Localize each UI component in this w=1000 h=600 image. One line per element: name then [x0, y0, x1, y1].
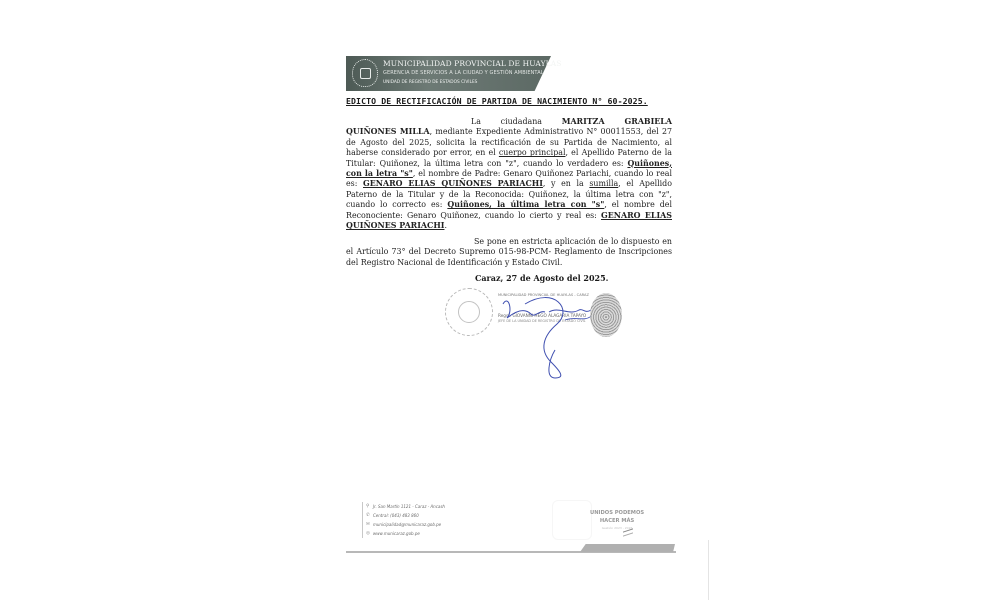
- text-run: .: [444, 221, 447, 230]
- fingerprint-icon: [590, 293, 622, 337]
- phone-text: Central: (043) 483 860: [373, 513, 419, 518]
- text-run: La ciudadana: [471, 117, 562, 126]
- contact-phone: ✆ Central: (043) 483 860: [366, 511, 445, 520]
- text-run: sumilla: [589, 179, 618, 188]
- web-icon: ◎: [366, 531, 371, 536]
- contact-email: ✉ municipalidad@municaraz.gob.pe: [366, 520, 445, 529]
- official-seal-icon: [445, 288, 493, 336]
- address-text: Jr. San Martín 1121 - Caraz - Ancash: [373, 504, 445, 509]
- footer-contacts: ⚲ Jr. San Martín 1121 - Caraz - Ancash ✆…: [362, 502, 445, 538]
- text-run: cuerpo principal: [499, 148, 566, 157]
- location-pin-icon: ⚲: [366, 504, 371, 509]
- email-icon: ✉: [366, 522, 371, 527]
- slogan: UNIDOS PODEMOS HACER MÁS Gestión 2023 - …: [590, 510, 644, 530]
- watermark-logo-icon: [552, 500, 592, 540]
- contact-address: ⚲ Jr. San Martín 1121 - Caraz - Ancash: [366, 502, 445, 511]
- slogan-line-1: UNIDOS PODEMOS: [590, 510, 644, 516]
- phone-icon: ✆: [366, 513, 371, 518]
- text-run: Quiñones, la última letra con "s": [447, 200, 604, 209]
- footer-accent-bar: [580, 544, 675, 552]
- page-edge: [708, 540, 709, 600]
- slogan-line-2: HACER MÁS: [590, 518, 644, 524]
- email-text: municipalidad@municaraz.gob.pe: [373, 522, 441, 527]
- slogan-line-3: Gestión 2023 - 2026: [590, 526, 644, 530]
- place-date: Caraz, 27 de Agosto del 2025.: [475, 273, 608, 283]
- contact-web: ◎ www.municaraz.gob.pe: [366, 529, 445, 538]
- text-run: , y en la: [543, 179, 589, 188]
- edict-paragraph-2: Se pone en estricta aplicación de lo dis…: [346, 237, 672, 268]
- institution-name: MUNICIPALIDAD PROVINCIAL DE HUAYLAS: [383, 59, 562, 68]
- text-run: GENARO ELIAS QUIÑONES PARIACHI: [363, 179, 543, 188]
- edict-paragraph-1: La ciudadana MARITZA GRABIELA QUIÑONES M…: [346, 117, 672, 231]
- municipal-crest-icon: [352, 59, 378, 87]
- web-text: www.municaraz.gob.pe: [373, 531, 420, 536]
- unit-name: UNIDAD DE REGISTRO DE ESTADOS CIVILES: [383, 80, 477, 85]
- department-name: GERENCIA DE SERVICIOS A LA CIUDAD Y GEST…: [383, 70, 544, 76]
- document-title: EDICTO DE RECTIFICACIÓN DE PARTIDA DE NA…: [346, 96, 648, 106]
